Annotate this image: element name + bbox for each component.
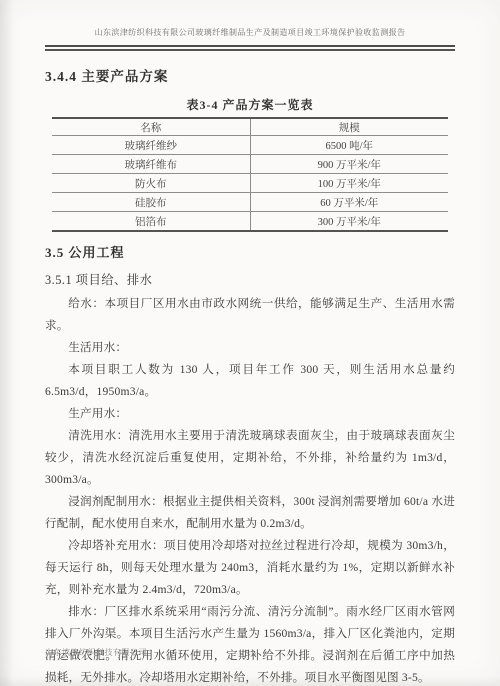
running-header: 山东滨津纺织科技有限公司玻璃纤维制品生产及制造项目竣工环境保护验收监测报告	[45, 27, 455, 38]
table-caption: 表3-4 产品方案一览表	[45, 96, 455, 113]
footer-company: 山东滨津纺织科技有限公司	[45, 647, 147, 658]
paragraph-sizing-agent-water: 浸润剂配制用水：根据业主提供相关资料，300t 浸润剂需要增加 60t/a 水进…	[45, 491, 455, 535]
product-name-cell: 玻璃纤维布	[52, 155, 250, 174]
section-heading-3-5-1: 3.5.1 项目给、排水	[45, 270, 455, 288]
product-name-cell: 硅胶布	[52, 193, 250, 212]
paragraph-water-supply: 给水：本项目厂区用水由市政水网统一供给，能够满足生产、生活用水需求。	[45, 293, 455, 337]
document-page: 山东滨津纺织科技有限公司玻璃纤维制品生产及制造项目竣工环境保护验收监测报告 3.…	[0, 0, 500, 686]
paragraph-domestic-water-label: 生活用水：	[45, 337, 455, 359]
table-row: 防火布 100 万平米/年	[52, 174, 448, 193]
product-scale-cell: 6500 吨/年	[250, 136, 448, 155]
table-row: 玻璃纤维纱 6500 吨/年	[52, 136, 448, 155]
table-row: 玻璃纤维布 900 万平米/年	[52, 155, 448, 174]
table-header-name: 名称	[52, 118, 250, 136]
section-heading-3-5: 3.5 公用工程	[45, 242, 455, 261]
products-table: 名称 规模 玻璃纤维纱 6500 吨/年 玻璃纤维布 900 万平米/年 防火布…	[52, 117, 448, 232]
section-heading-3-4-4: 3.4.4 主要产品方案	[45, 65, 455, 85]
header-double-rule	[45, 45, 455, 51]
product-scale-cell: 60 万平米/年	[250, 193, 448, 212]
paragraph-production-water-label: 生产用水：	[45, 403, 455, 425]
table-row: 铝箔布 300 万平米/年	[52, 212, 448, 232]
paragraph-cooling-tower-water: 冷却塔补充用水：项目使用冷却塔对拉丝过程进行冷却，规模为 30m3/h，每天运行…	[45, 535, 455, 601]
page-number: 31	[246, 648, 255, 658]
product-name-cell: 防火布	[52, 174, 250, 193]
paragraph-domestic-water: 本项目职工人数为 130 人，项目年工作 300 天，则生活用水总量约 6.5m…	[45, 359, 455, 403]
table-header-row: 名称 规模	[52, 118, 448, 136]
body-paragraphs: 给水：本项目厂区用水由市政水网统一供给，能够满足生产、生活用水需求。 生活用水：…	[45, 293, 455, 686]
product-scale-cell: 900 万平米/年	[250, 155, 448, 174]
paragraph-drainage: 排水：厂区排水系统采用“雨污分流、清污分流制”。雨水经厂区雨水管网排入厂外沟渠。…	[45, 601, 455, 686]
table-header-scale: 规模	[250, 118, 448, 136]
table-row: 硅胶布 60 万平米/年	[52, 193, 448, 212]
paragraph-cleaning-water: 清洗用水：清洗用水主要用于清洗玻璃球表面灰尘，由于玻璃球表面灰尘较少，清洗水经沉…	[45, 425, 455, 491]
product-scale-cell: 100 万平米/年	[250, 174, 448, 193]
page-content: 山东滨津纺织科技有限公司玻璃纤维制品生产及制造项目竣工环境保护验收监测报告 3.…	[0, 0, 500, 686]
product-scale-cell: 300 万平米/年	[250, 212, 448, 232]
product-name-cell: 玻璃纤维纱	[52, 136, 250, 155]
product-name-cell: 铝箔布	[52, 212, 250, 232]
